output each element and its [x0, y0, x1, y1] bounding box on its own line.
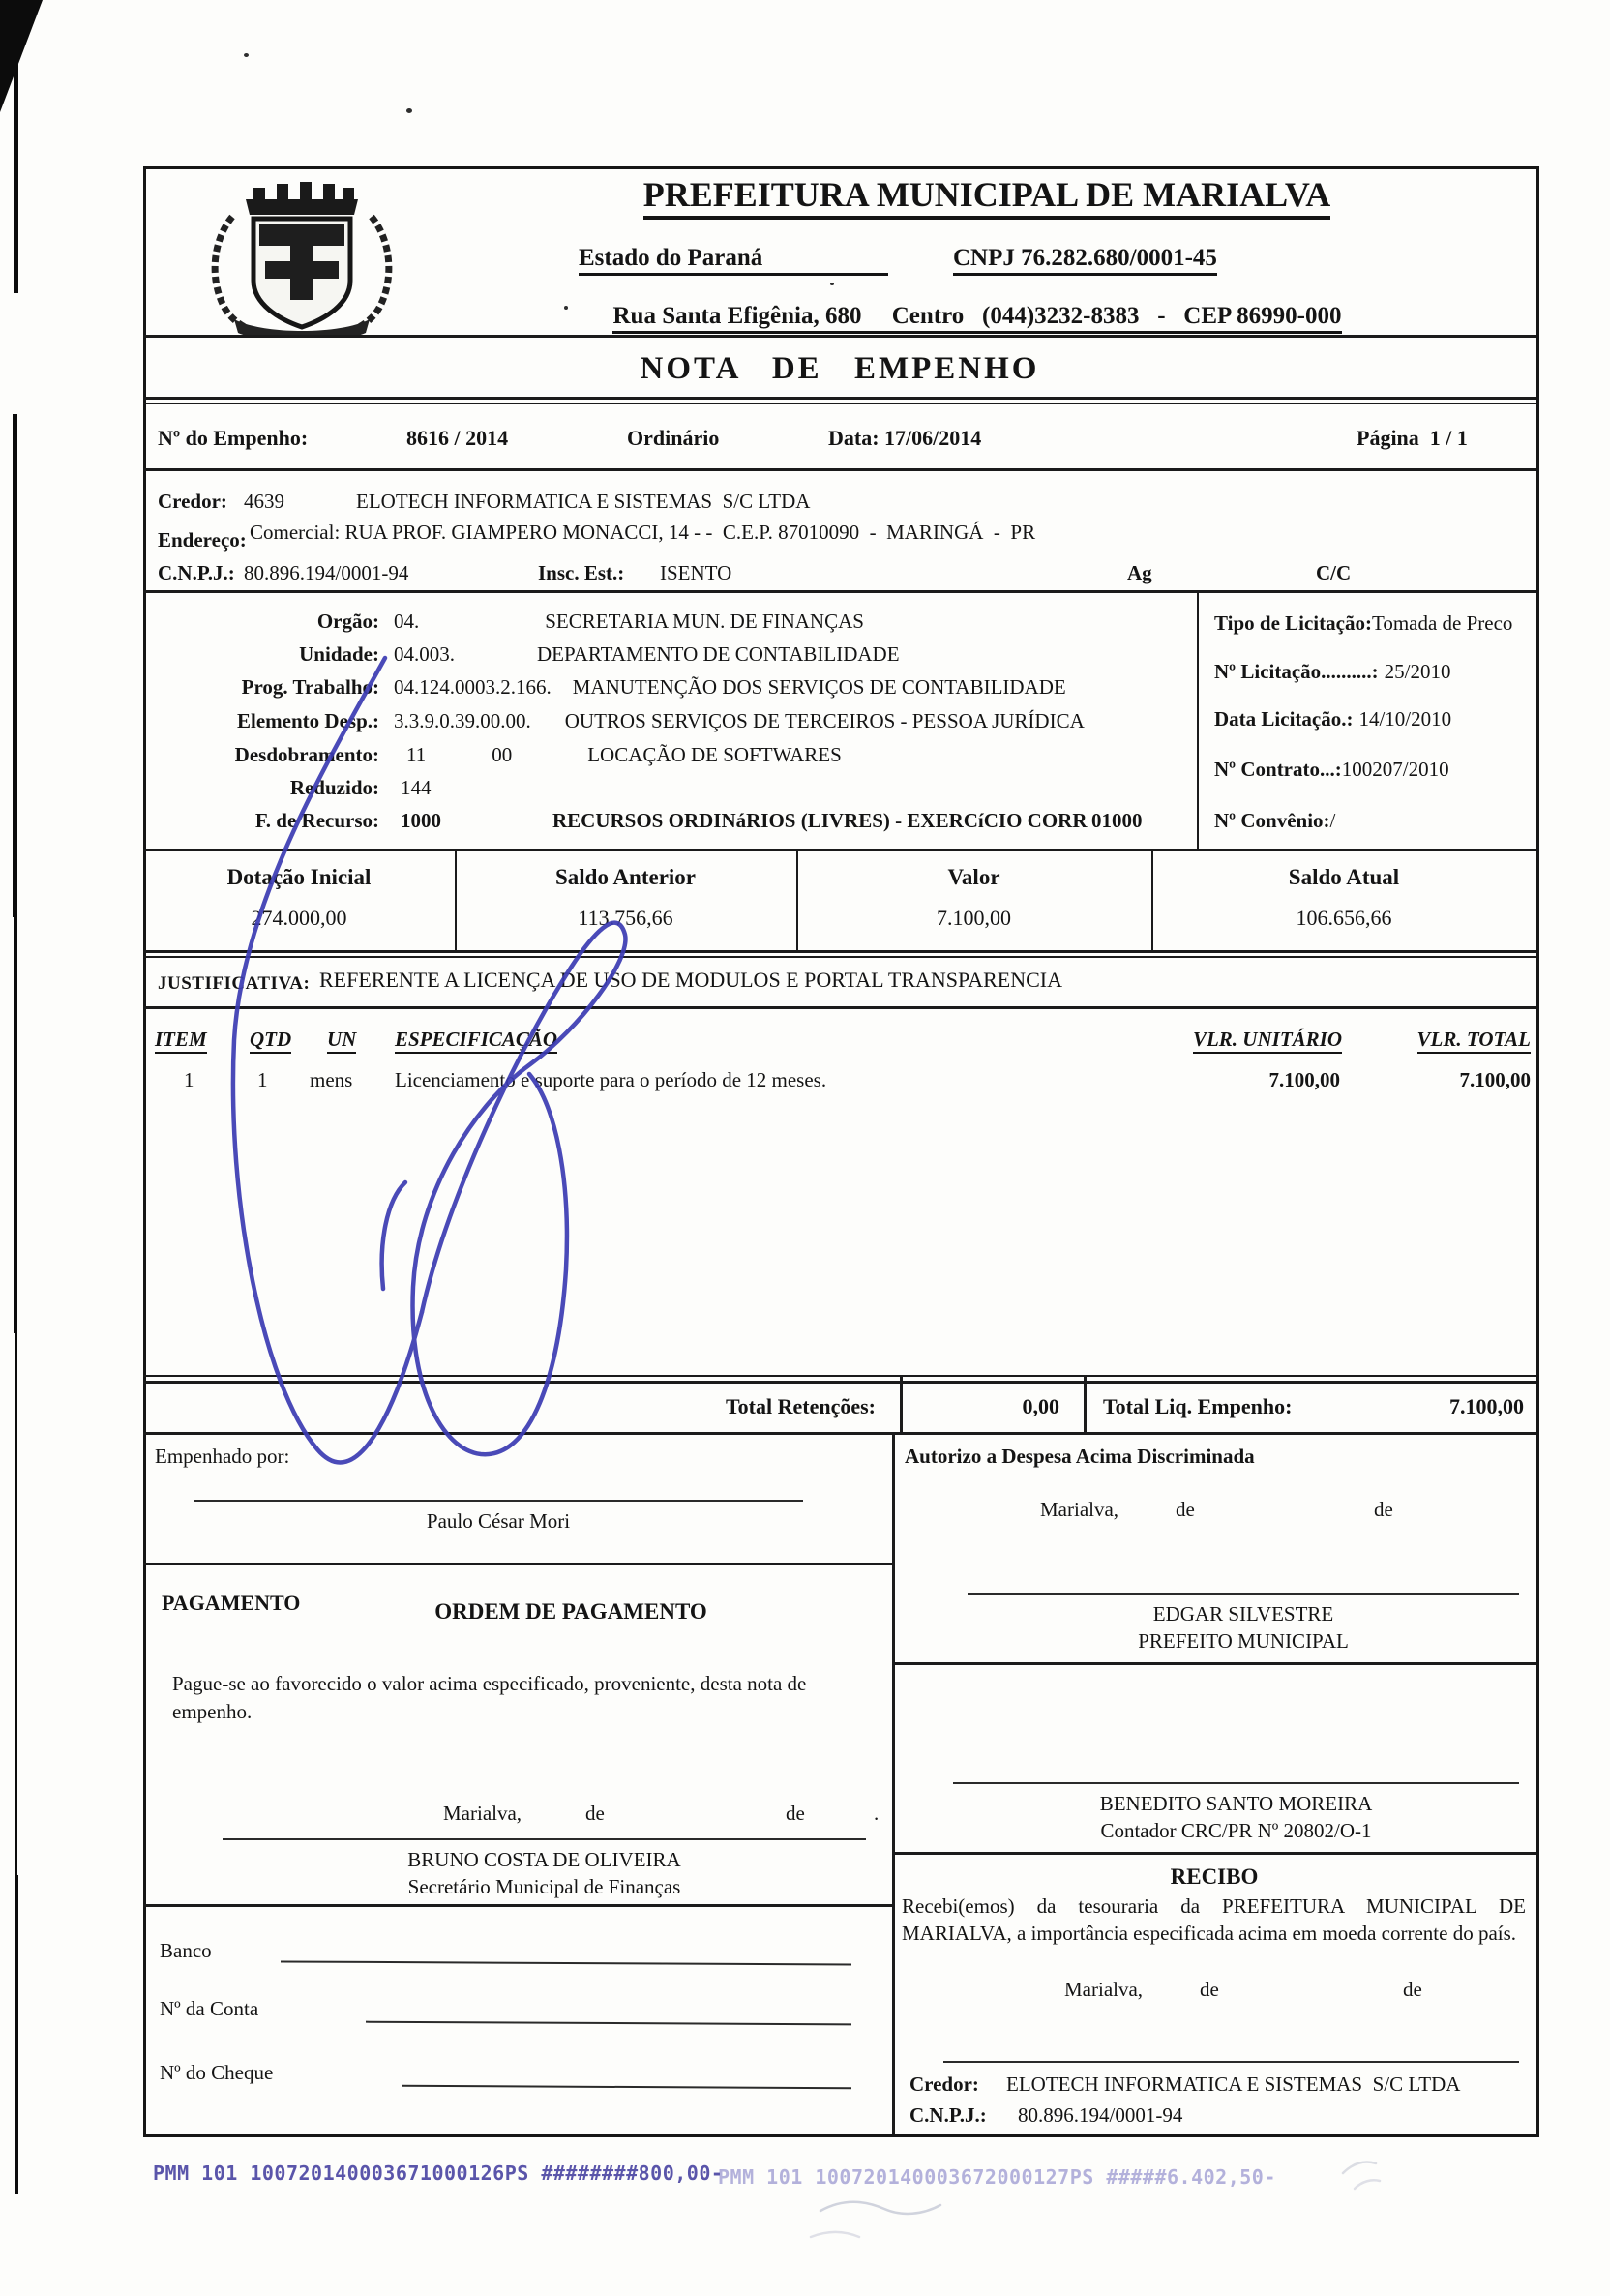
licitacao-value: Tomada de Preco: [1372, 611, 1512, 635]
licitacao-label: Tipo de Licitação:: [1214, 611, 1372, 635]
licitacao-row: Nº Licitação..........:25/2010: [1214, 660, 1451, 684]
date-particle: de: [1374, 1498, 1393, 1522]
item-number: 1: [184, 1068, 194, 1092]
bank-label: Banco: [160, 1939, 212, 1963]
date-particle: de: [786, 1802, 805, 1826]
h-rule: [143, 403, 1536, 404]
budget-code: 11: [406, 743, 426, 766]
payment-order-title: ORDEM DE PAGAMENTO: [329, 1598, 813, 1625]
creditor-code: 4639: [244, 490, 284, 514]
date-particle: de: [1176, 1498, 1195, 1522]
budget-code: 3.3.9.0.39.00.00.: [394, 709, 531, 732]
column-header: VLR. TOTAL: [1417, 1028, 1531, 1054]
budget-label: Prog. Trabalho:: [155, 675, 379, 700]
h-rule: [143, 590, 1536, 593]
column-header: ESPECIFICAÇÃO: [395, 1028, 557, 1054]
receipt-creditor-name: ELOTECH INFORMATICA E SISTEMAS S/C LTDA: [1006, 2072, 1460, 2097]
budget-code: 1000: [401, 809, 441, 832]
city-date-line: Marialva,: [443, 1802, 522, 1826]
items-header-vlr-unitario: VLR. UNITÁRIO: [1182, 1028, 1342, 1052]
signer-role: PREFEITO MUNICIPAL: [968, 1629, 1519, 1654]
h-rule: [143, 1006, 1536, 1009]
header-cnpj: CNPJ 76.282.680/0001-45: [953, 245, 1217, 276]
signer-name: EDGAR SILVESTRE: [968, 1602, 1519, 1626]
h-rule: [143, 1375, 1536, 1377]
state-registration-value: ISENTO: [660, 561, 731, 585]
budget-desc: MANUTENÇÃO DOS SERVIÇOS DE CONTABILIDADE: [573, 675, 1066, 699]
page-indicator: Página 1 / 1: [1357, 426, 1468, 451]
h-rule: [143, 956, 1536, 958]
header-address: Rua Santa Efigênia, 680 Centro (044)3232…: [612, 303, 1341, 334]
v-rule: [455, 849, 457, 951]
licitacao-row: Data Licitação.:14/10/2010: [1214, 707, 1451, 731]
column-header: VLR. UNITÁRIO: [1193, 1028, 1342, 1054]
header-cnpj-wrap: CNPJ 76.282.680/0001-45: [953, 244, 1217, 273]
net-total-label: Total Liq. Empenho:: [1103, 1394, 1292, 1419]
date-particle: de: [585, 1802, 605, 1826]
scan-edge-artifact: [14, 37, 18, 293]
v-rule: [892, 1435, 895, 2134]
signature-line: [194, 1500, 803, 1502]
totals-header: Saldo Atual: [1151, 864, 1536, 891]
budget-row: Prog. Trabalho:04.124.0003.2.166.MANUTEN…: [155, 675, 1190, 700]
signature-line: [223, 1838, 866, 1840]
budget-desc: SECRETARIA MUN. DE FINANÇAS: [545, 610, 864, 633]
creditor-label: Credor:: [158, 490, 227, 514]
h-rule: [143, 397, 1536, 400]
item-total-value: 7.100,00: [1374, 1068, 1531, 1092]
payment-section-label: PAGAMENTO: [162, 1591, 300, 1616]
budget-row: Reduzido:144: [155, 776, 1190, 800]
budget-code: 04.003.: [394, 642, 455, 666]
budget-row: Unidade:04.003.DEPARTAMENTO DE CONTABILI…: [155, 642, 1190, 667]
h-rule: [892, 1852, 1536, 1855]
payment-order-body: Pague-se ao favorecido o valor acima esp…: [172, 1670, 840, 1727]
committed-by-label: Empenhado por:: [155, 1445, 289, 1469]
creditor-cnpj-label: C.N.P.J.:: [158, 561, 235, 585]
budget-row: Elemento Desp.:3.3.9.0.39.00.00.OUTROS S…: [155, 709, 1190, 733]
signature-line: [953, 1782, 1519, 1784]
items-header-un: UN: [327, 1028, 356, 1052]
budget-label: Elemento Desp.:: [155, 709, 379, 733]
signer-role: Secretário Municipal de Finanças: [223, 1875, 866, 1899]
items-header-qtd: QTD: [250, 1028, 291, 1052]
licitacao-label: Nº Contrato...:: [1214, 758, 1342, 781]
scan-edge-artifact: [14, 917, 17, 1333]
signer-name: Paulo César Mori: [194, 1509, 803, 1534]
v-rule: [900, 1375, 903, 1435]
city: Marialva,: [1040, 1498, 1118, 1522]
signer-name: BRUNO COSTA DE OLIVEIRA: [223, 1848, 866, 1872]
v-rule: [1151, 849, 1153, 951]
state-registration-label: Insc. Est.:: [538, 561, 624, 585]
item-unit: mens: [310, 1068, 352, 1092]
check-number-label: Nº do Cheque: [160, 2061, 273, 2085]
h-rule: [143, 1432, 1536, 1435]
budget-row: Orgão:04.SECRETARIA MUN. DE FINANÇAS: [155, 610, 1190, 634]
retentions-value: 0,00: [909, 1394, 1059, 1419]
item-unit-value: 7.100,00: [1161, 1068, 1340, 1092]
authorization-title: Autorizo a Despesa Acima Discriminada: [905, 1445, 1255, 1469]
empenho-number: 8616 / 2014: [406, 426, 508, 451]
creditor-cnpj: 80.896.194/0001-94: [244, 561, 408, 585]
municipality-title: PREFEITURA MUNICIPAL DE MARIALVA: [643, 175, 1330, 220]
totals-value: 113.756,66: [455, 906, 796, 931]
empenho-type: Ordinário: [627, 426, 719, 451]
budget-label: Orgão:: [155, 610, 379, 634]
column-header: UN: [327, 1028, 356, 1054]
date-particle: de: [1403, 1978, 1422, 2002]
budget-desc: DEPARTAMENTO DE CONTABILIDADE: [537, 642, 900, 666]
budget-code: 04.: [394, 610, 419, 633]
receipt-creditor-label: Credor:: [909, 2072, 979, 2097]
address-label: Endereço:: [158, 528, 247, 552]
h-rule: [892, 1662, 1536, 1665]
licitacao-label: Data Licitação.:: [1214, 707, 1353, 731]
items-header-vlr-total: VLR. TOTAL: [1390, 1028, 1531, 1052]
budget-row: Desdobramento:1100LOCAÇÃO DE SOFTWARES: [155, 743, 1190, 767]
budget-subcode: 00: [492, 743, 512, 766]
item-description: Licenciamento e suporte para o período d…: [395, 1068, 826, 1092]
creditor-address: Comercial: RUA PROF. GIAMPERO MONACCI, 1…: [250, 521, 1035, 545]
h-rule: [143, 335, 1536, 338]
budget-label: F. de Recurso:: [155, 809, 379, 833]
scan-edge-artifact: [15, 1875, 18, 2194]
justification-label: JUSTIFICATIVA:: [158, 973, 310, 996]
h-rule: [143, 468, 1536, 471]
licitacao-row: Nº Contrato...:100207/2010: [1214, 758, 1449, 782]
empenho-date: Data: 17/06/2014: [828, 426, 981, 451]
receipt-body: Recebi(emos) da tesouraria da PREFEITURA…: [902, 1893, 1526, 1948]
scan-edge-artifact: [13, 414, 17, 917]
scan-edge-artifact: [15, 1333, 17, 1875]
scan-speck: [244, 53, 249, 57]
licitacao-row: Tipo de Licitação:Tomada de Preco: [1214, 611, 1512, 636]
v-rule: [796, 849, 798, 951]
budget-code: 144: [401, 776, 432, 799]
h-rule: [143, 1563, 892, 1565]
city: Marialva,: [443, 1802, 522, 1825]
scanned-document-page: PREFEITURA MUNICIPAL DE MARIALVA Estado …: [0, 0, 1610, 2296]
budget-label: Desdobramento:: [155, 743, 379, 767]
licitacao-label: Nº Licitação..........:: [1214, 660, 1379, 683]
totals-header: Dotação Inicial: [143, 864, 455, 891]
totals-header: Valor: [796, 864, 1151, 891]
items-header-item: ITEM: [155, 1028, 207, 1052]
licitacao-value: 14/10/2010: [1358, 707, 1451, 731]
state-label-wrap: Estado do Paraná: [579, 244, 888, 273]
date-particle: de: [1200, 1978, 1219, 2002]
h-rule: [143, 849, 1536, 851]
signature-line: [943, 2061, 1519, 2063]
empenho-number-label: Nº do Empenho:: [158, 426, 308, 451]
budget-label: Reduzido:: [155, 776, 379, 800]
receipt-cnpj-value: 80.896.194/0001-94: [1018, 2103, 1182, 2128]
column-header: QTD: [250, 1028, 291, 1054]
budget-desc: LOCAÇÃO DE SOFTWARES: [587, 743, 842, 766]
retentions-label: Total Retenções:: [542, 1394, 876, 1419]
scan-corner-artifact: [0, 0, 58, 126]
receipt-cnpj-label: C.N.P.J.:: [909, 2103, 987, 2128]
justification-text: REFERENTE A LICENÇA DE USO DE MODULOS E …: [319, 968, 1062, 993]
header-title-wrap: PREFEITURA MUNICIPAL DE MARIALVA: [435, 174, 1538, 216]
net-total-value: 7.100,00: [1345, 1394, 1524, 1419]
licitacao-label: Nº Convênio:: [1214, 809, 1330, 832]
document-title: NOTA DE EMPENHO: [143, 350, 1536, 389]
column-header: ITEM: [155, 1028, 207, 1054]
licitacao-value: /: [1330, 809, 1336, 832]
header-address-wrap: Rua Santa Efigênia, 680 Centro (044)3232…: [416, 302, 1538, 331]
scan-speck: [406, 108, 412, 113]
receipt-title: RECIBO: [892, 1864, 1536, 1891]
items-header-espec: ESPECIFICAÇÃO: [395, 1028, 557, 1052]
creditor-name: ELOTECH INFORMATICA E SISTEMAS S/C LTDA: [356, 490, 810, 514]
signer-role: Contador CRC/PR Nº 20802/O-1: [953, 1819, 1519, 1843]
budget-desc: OUTROS SERVIÇOS DE TERCEIROS - PESSOA JU…: [565, 709, 1085, 732]
totals-value: 7.100,00: [796, 906, 1151, 931]
v-rule: [1197, 590, 1199, 849]
bank-validation-print-right: PMM 101 100720140003672000127PS #####6.4…: [718, 2165, 1276, 2189]
item-qty: 1: [257, 1068, 268, 1092]
bank-validation-print-left: PMM 101 100720140003671000126PS ########…: [153, 2162, 723, 2185]
account-label: C/C: [1316, 561, 1351, 585]
totals-value: 106.656,66: [1151, 906, 1536, 931]
licitacao-value: 25/2010: [1385, 660, 1451, 683]
city: Marialva,: [1064, 1978, 1143, 2002]
h-rule: [143, 1904, 892, 1907]
signature-line: [968, 1593, 1519, 1595]
h-rule: [143, 950, 1536, 953]
totals-value: 274.000,00: [143, 906, 455, 931]
budget-desc: RECURSOS ORDINáRIOS (LIVRES) - EXERCíCIO…: [552, 809, 1088, 832]
v-rule: [1084, 1375, 1087, 1435]
h-rule: [143, 1381, 1536, 1384]
resource-source-code: 01000: [1091, 809, 1143, 833]
licitacao-value: 100207/2010: [1342, 758, 1449, 781]
budget-code: 04.124.0003.2.166.: [394, 675, 552, 699]
signer-name: BENEDITO SANTO MOREIRA: [953, 1792, 1519, 1816]
agency-label: Ag: [1127, 561, 1152, 585]
budget-row: F. de Recurso:1000RECURSOS ORDINáRIOS (L…: [155, 809, 1190, 833]
state-label: Estado do Paraná: [579, 245, 888, 276]
totals-header: Saldo Anterior: [455, 864, 796, 891]
budget-label: Unidade:: [155, 642, 379, 667]
period-mark: .: [874, 1802, 879, 1826]
licitacao-row: Nº Convênio:/: [1214, 809, 1335, 833]
account-number-label: Nº da Conta: [160, 1997, 258, 2021]
